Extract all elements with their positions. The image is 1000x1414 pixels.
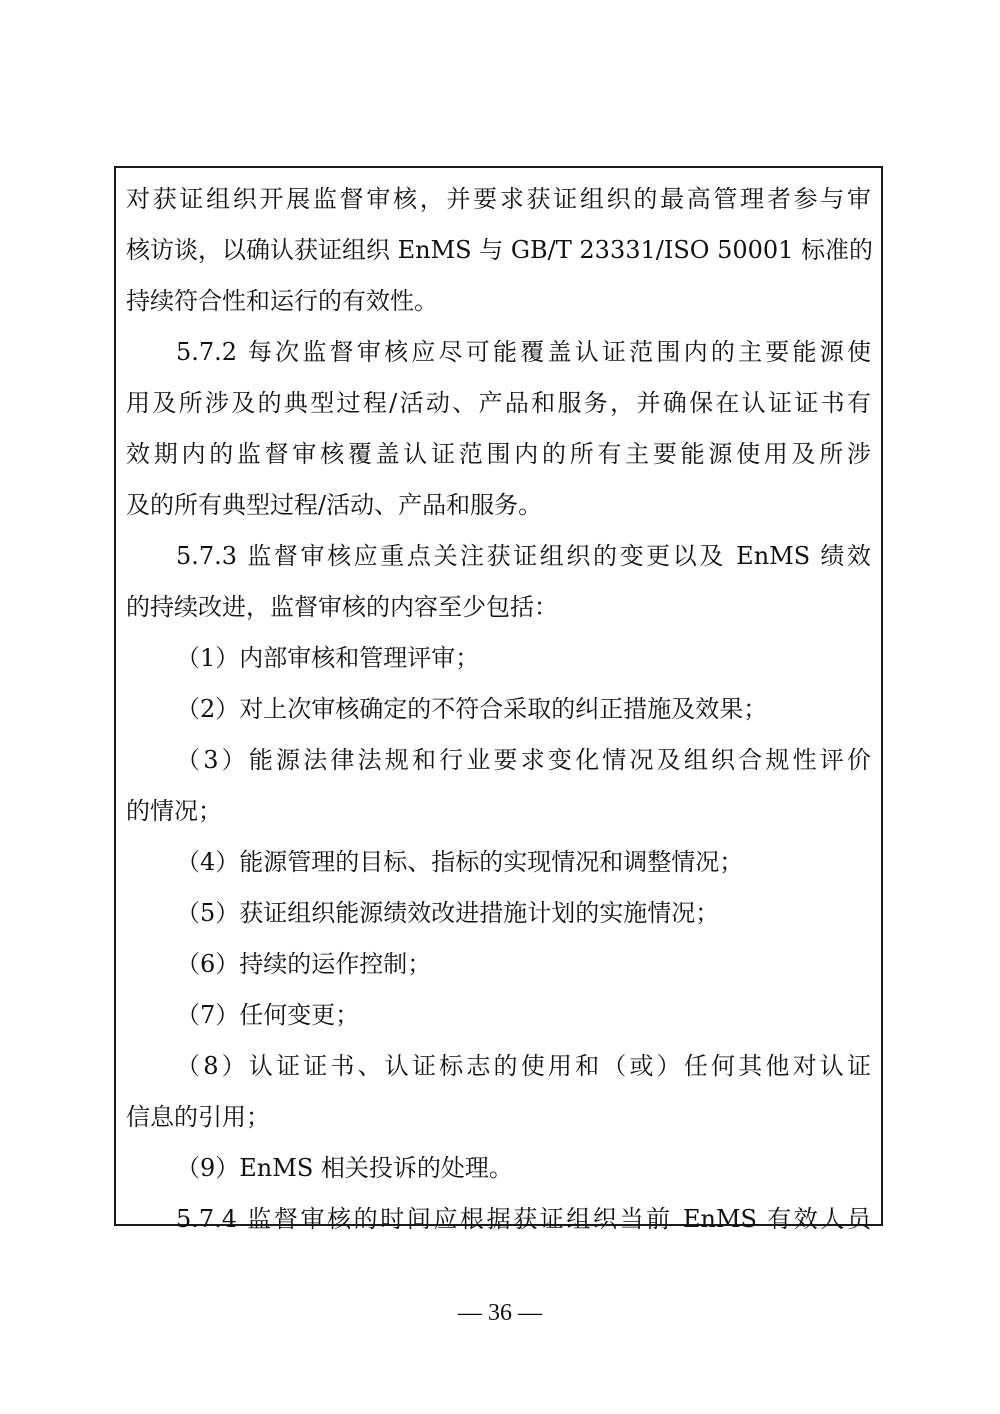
list-item-8: （8）认证证书、认证标志的使用和（或）任何其他对认证 bbox=[126, 1041, 871, 1092]
list-item-3-continuation: 的情况； bbox=[126, 786, 871, 837]
section-5-7-2-heading-line: 5.7.2 每次监督审核应尽可能覆盖认证范围内的主要能源使 bbox=[126, 327, 871, 378]
paragraph-line: 对获证组织开展监督审核，并要求获证组织的最高管理者参与审 bbox=[126, 174, 871, 225]
content-frame: 对获证组织开展监督审核，并要求获证组织的最高管理者参与审 核访谈，以确认获证组织… bbox=[114, 166, 883, 1226]
section-5-7-4-heading-line: 5.7.4 监督审核的时间应根据获证组织当前 EnMS 有效人员 bbox=[126, 1194, 871, 1245]
paragraph-line: 核访谈，以确认获证组织 EnMS 与 GB/T 23331/ISO 50001 … bbox=[126, 225, 871, 276]
list-item-6: （6）持续的运作控制； bbox=[126, 939, 871, 990]
list-item-7: （7）任何变更； bbox=[126, 990, 871, 1041]
paragraph-line: 持续符合性和运行的有效性。 bbox=[126, 276, 871, 327]
paragraph-line: 及的所有典型过程/活动、产品和服务。 bbox=[126, 480, 871, 531]
paragraph-line: 用及所涉及的典型过程/活动、产品和服务，并确保在认证证书有 bbox=[126, 378, 871, 429]
list-item-1: （1）内部审核和管理评审； bbox=[126, 633, 871, 684]
paragraph-line: 效期内的监督审核覆盖认证范围内的所有主要能源使用及所涉 bbox=[126, 429, 871, 480]
section-5-7-3-heading-line: 5.7.3 监督审核应重点关注获证组织的变更以及 EnMS 绩效 bbox=[126, 531, 871, 582]
paragraph-line: 的持续改进，监督审核的内容至少包括： bbox=[126, 582, 871, 633]
document-body: 对获证组织开展监督审核，并要求获证组织的最高管理者参与审 核访谈，以确认获证组织… bbox=[126, 174, 871, 1245]
list-item-3: （3）能源法律法规和行业要求变化情况及组织合规性评价 bbox=[126, 735, 871, 786]
list-item-9: （9）EnMS 相关投诉的处理。 bbox=[126, 1143, 871, 1194]
page-number: — 36 — bbox=[0, 1300, 1000, 1327]
list-item-2: （2）对上次审核确定的不符合采取的纠正措施及效果； bbox=[126, 684, 871, 735]
list-item-8-continuation: 信息的引用； bbox=[126, 1092, 871, 1143]
list-item-5: （5）获证组织能源绩效改进措施计划的实施情况； bbox=[126, 888, 871, 939]
list-item-4: （4）能源管理的目标、指标的实现情况和调整情况； bbox=[126, 837, 871, 888]
